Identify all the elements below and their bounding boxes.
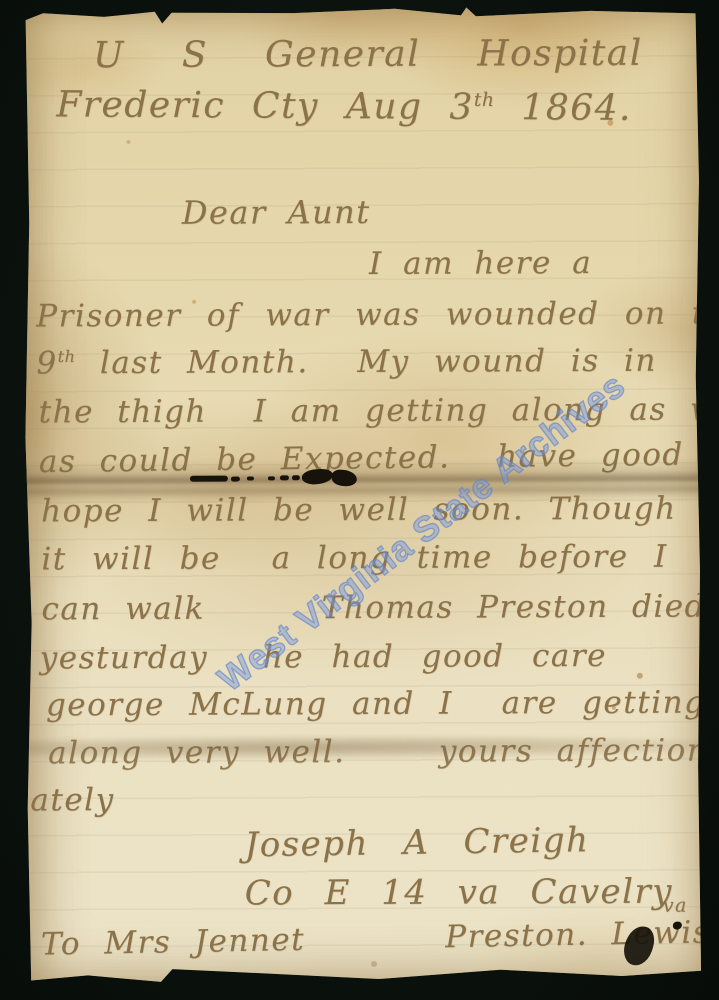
letterhead-hospital-line: U S General Hospital xyxy=(93,34,643,76)
body-line-3: 9th last Month. My wound is in xyxy=(36,344,657,381)
ink-blot xyxy=(190,476,228,482)
day-ordinal-superscript: th xyxy=(58,347,76,366)
ink-blot xyxy=(231,477,240,482)
letter-paper: U S General Hospital Frederic Cty Aug 3t… xyxy=(23,6,703,984)
body-line-1: I am here a xyxy=(369,246,592,281)
foxing-stains xyxy=(23,8,27,12)
ink-blot xyxy=(268,476,275,480)
date-year: 1864. xyxy=(494,87,632,129)
body-line-9: yesturday he had good care xyxy=(40,639,607,676)
body-line-3-text: last Month. My wound is in xyxy=(75,343,656,382)
signature-name: Joseph A Creigh xyxy=(244,822,589,865)
day-number: 9 xyxy=(36,345,57,381)
body-line-10: george McLung and I are getting xyxy=(46,686,706,723)
fold-crease-upper xyxy=(25,458,701,505)
body-line-12: ately xyxy=(30,783,114,817)
body-line-2: Prisoner of war was wounded on the xyxy=(36,296,719,333)
ink-blot xyxy=(247,476,254,480)
letterhead-date-line: Frederic Cty Aug 3th 1864. xyxy=(56,85,632,128)
address-superscript-va: va xyxy=(663,896,688,917)
ink-blot xyxy=(292,475,300,480)
fold-crease-lower xyxy=(26,732,702,763)
body-line-8: can walk Thomas Preston died xyxy=(41,590,706,627)
date-text: Frederic Cty Aug 3 xyxy=(56,84,474,128)
ink-blot xyxy=(280,475,289,480)
salutation: Dear Aunt xyxy=(182,195,371,231)
signature-unit: Co E 14 va Cavelry xyxy=(245,874,673,913)
date-ordinal-superscript: th xyxy=(474,90,495,111)
